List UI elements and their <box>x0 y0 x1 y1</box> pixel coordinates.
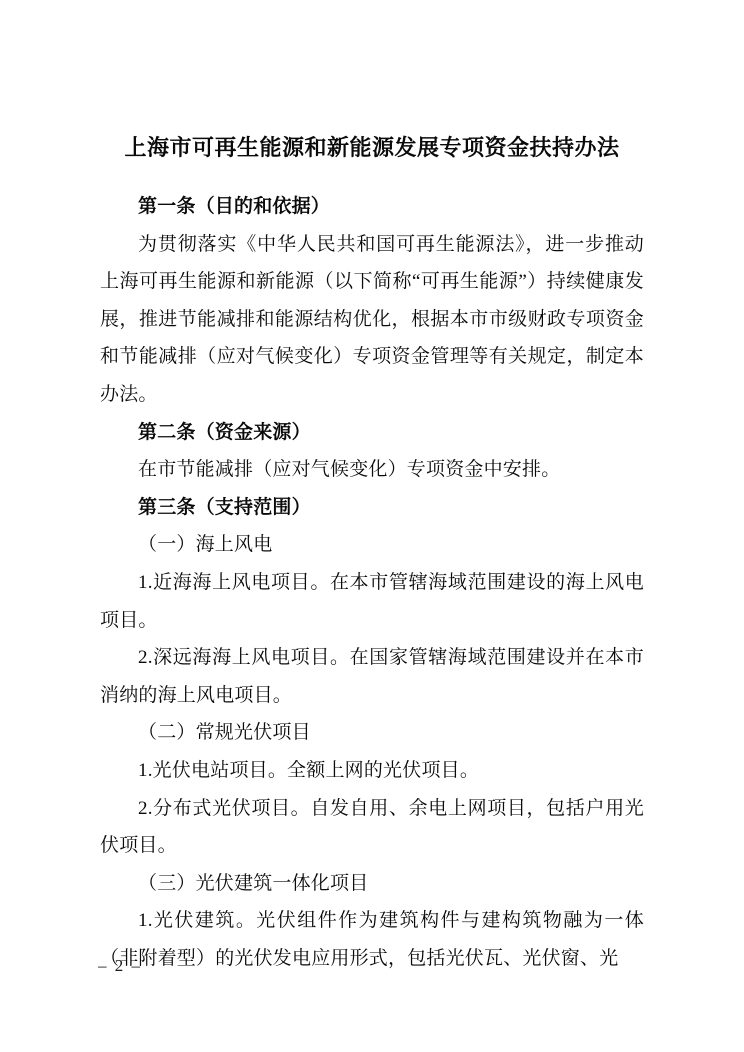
article-2-body: 在市节能减排（应对气候变化）专项资金中安排。 <box>100 451 644 489</box>
document-page: 上海市可再生能源和新能源发展专项资金扶持办法 第一条（目的和依据） 为贯彻落实《… <box>0 0 744 1052</box>
page-title: 上海市可再生能源和新能源发展专项资金扶持办法 <box>55 0 689 164</box>
item-2-1: 1.光伏电站项目。全额上网的光伏项目。 <box>100 752 644 790</box>
item-3-1: 1.光伏建筑。光伏组件作为建筑构件与建构筑物融为一体（非附着型）的光伏发电应用形… <box>100 902 644 977</box>
article-1-body: 为贯彻落实《中华人民共和国可再生能源法》，进一步推动上海可再生能源和新能源（以下… <box>100 226 644 414</box>
section-2-label: （二）常规光伏项目 <box>100 714 644 752</box>
item-1-2: 2.深远海海上风电项目。在国家管辖海域范围建设并在本市消纳的海上风电项目。 <box>100 639 644 714</box>
section-1-label: （一）海上风电 <box>100 526 644 564</box>
article-2-heading: 第二条（资金来源） <box>100 414 644 452</box>
page-number: – 2 – <box>98 956 142 976</box>
document-body: 第一条（目的和依据） 为贯彻落实《中华人民共和国可再生能源法》，进一步推动上海可… <box>100 188 644 977</box>
article-3-heading: 第三条（支持范围） <box>100 489 644 527</box>
item-2-2: 2.分布式光伏项目。自发自用、余电上网项目，包括户用光伏项目。 <box>100 790 644 865</box>
item-1-1: 1.近海海上风电项目。在本市管辖海域范围建设的海上风电项目。 <box>100 564 644 639</box>
article-1-heading: 第一条（目的和依据） <box>100 188 644 226</box>
section-3-label: （三）光伏建筑一体化项目 <box>100 865 644 903</box>
